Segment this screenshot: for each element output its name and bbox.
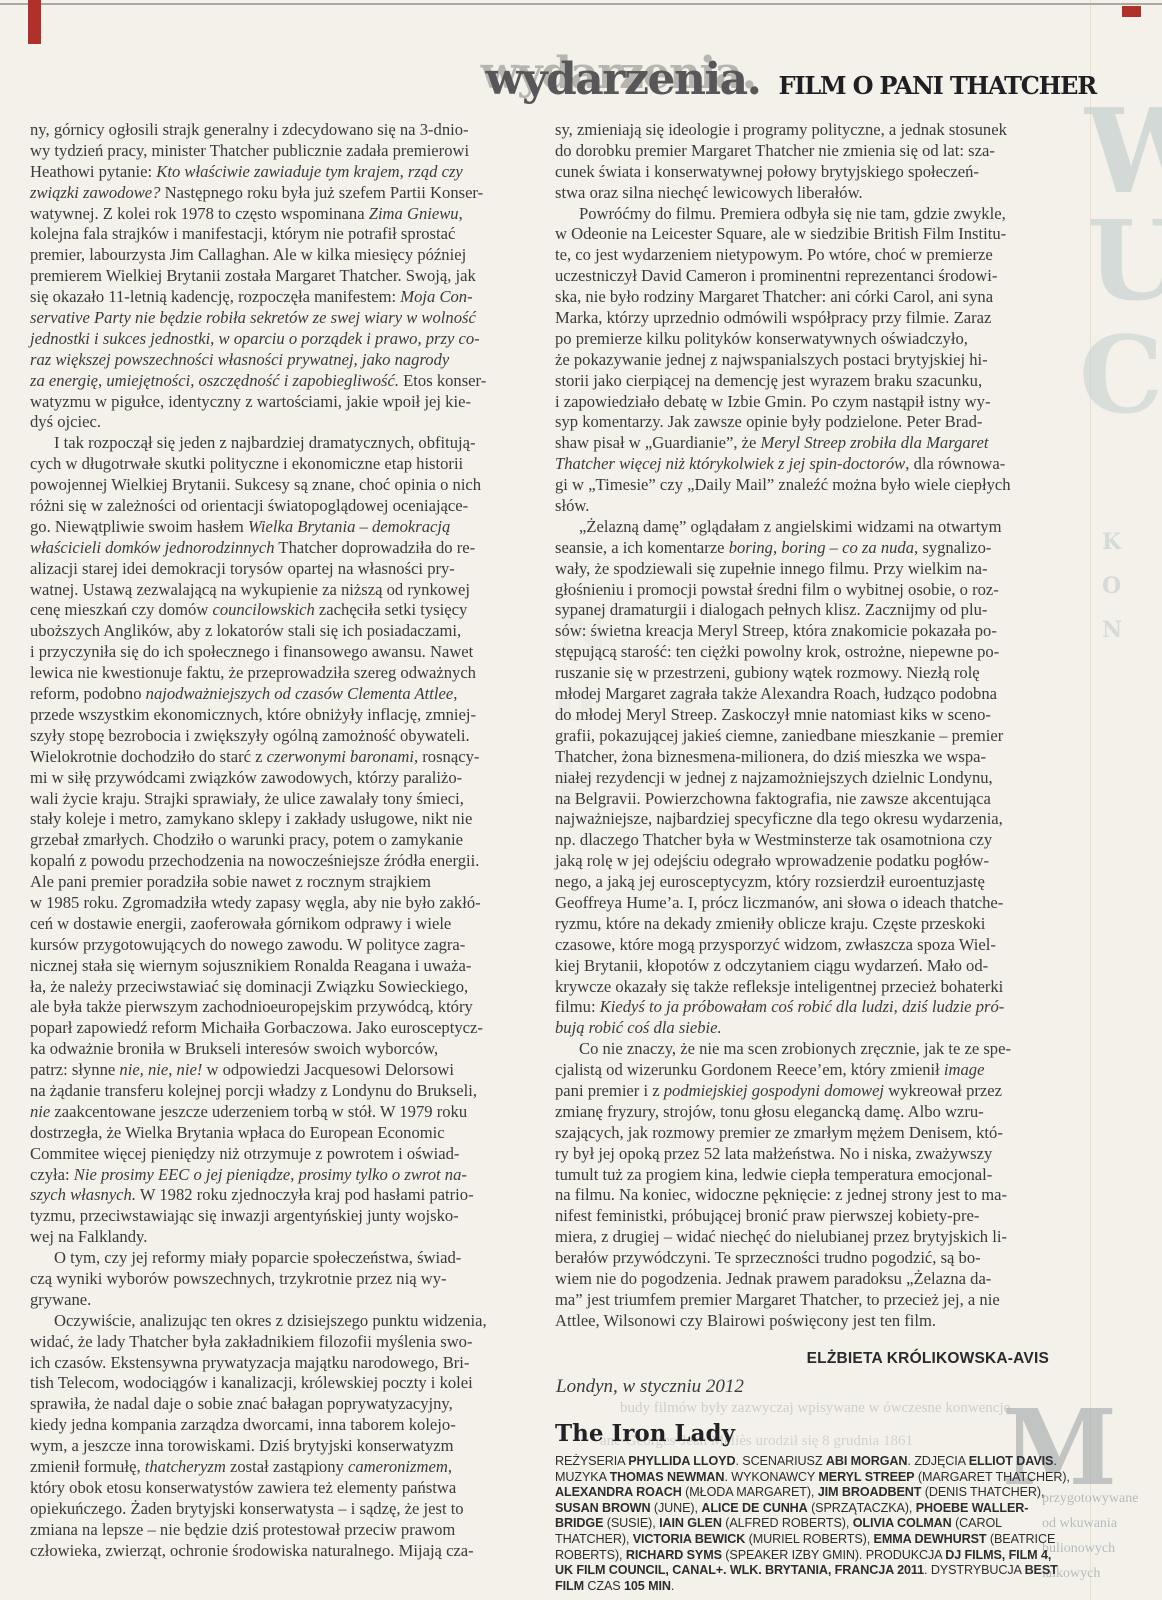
paragraph: Co nie znaczy, że nie ma scen zrobionych… — [555, 1039, 1063, 1331]
left-column: ny, górnicy ogłosili strajk generalny i … — [30, 120, 538, 1561]
right-column: sy, zmieniają się ideologie i programy p… — [555, 120, 1063, 1332]
showthrough-text: budy filmów były zazwyczaj wpisywane w ó… — [620, 1400, 1010, 1417]
paragraph: O tym, czy jej reformy miały poparcie sp… — [30, 1248, 538, 1311]
page-header: wydarzenia. wydarzenia. FILM O PANI THAT… — [0, 54, 1096, 105]
top-hairline — [0, 3, 1162, 5]
credits-text: REŻYSERIA PHYLLIDA LLOYD. SCENARIUSZ ABI… — [555, 1454, 1071, 1594]
magazine-page: wydarzenia. wydarzenia. FILM O PANI THAT… — [0, 0, 1162, 1600]
registration-mark-left — [28, 0, 41, 44]
dateline: Londyn, w styczniu 2012 — [556, 1376, 744, 1398]
byline: ELŻBIETA KRÓLIKOWSKA-AVIS — [555, 1350, 1049, 1368]
section-label-wrap: wydarzenia. wydarzenia. — [486, 54, 761, 105]
showthrough-text: CZ — [1079, 322, 1162, 428]
paragraph: Powróćmy do filmu. Premiera odbyła się n… — [555, 204, 1063, 517]
article-label: FILM O PANI THATCHER — [779, 71, 1097, 100]
section-label: wydarzenia. — [486, 54, 761, 105]
scan-fold-line — [1090, 0, 1091, 1600]
film-title: The Iron Lady — [555, 1420, 1071, 1447]
showthrough-text: UI — [1087, 206, 1162, 316]
paragraph: „Żelazną damę” oglądałam z angielskimi w… — [555, 517, 1063, 1039]
showthrough-text: K O N — [1102, 520, 1122, 652]
paragraph: Oczywiście, analizując ten okres z dzisi… — [30, 1311, 538, 1562]
registration-mark-right — [1122, 6, 1141, 17]
paragraph: sy, zmieniają się ideologie i programy p… — [555, 120, 1063, 204]
paragraph: I tak rozpoczął się jeden z najbardziej … — [30, 433, 538, 1248]
showthrough-text: W — [1085, 94, 1162, 210]
credits-block: The Iron Lady REŻYSERIA PHYLLIDA LLOYD. … — [555, 1420, 1071, 1594]
paragraph: ny, górnicy ogłosili strajk generalny i … — [30, 120, 538, 433]
